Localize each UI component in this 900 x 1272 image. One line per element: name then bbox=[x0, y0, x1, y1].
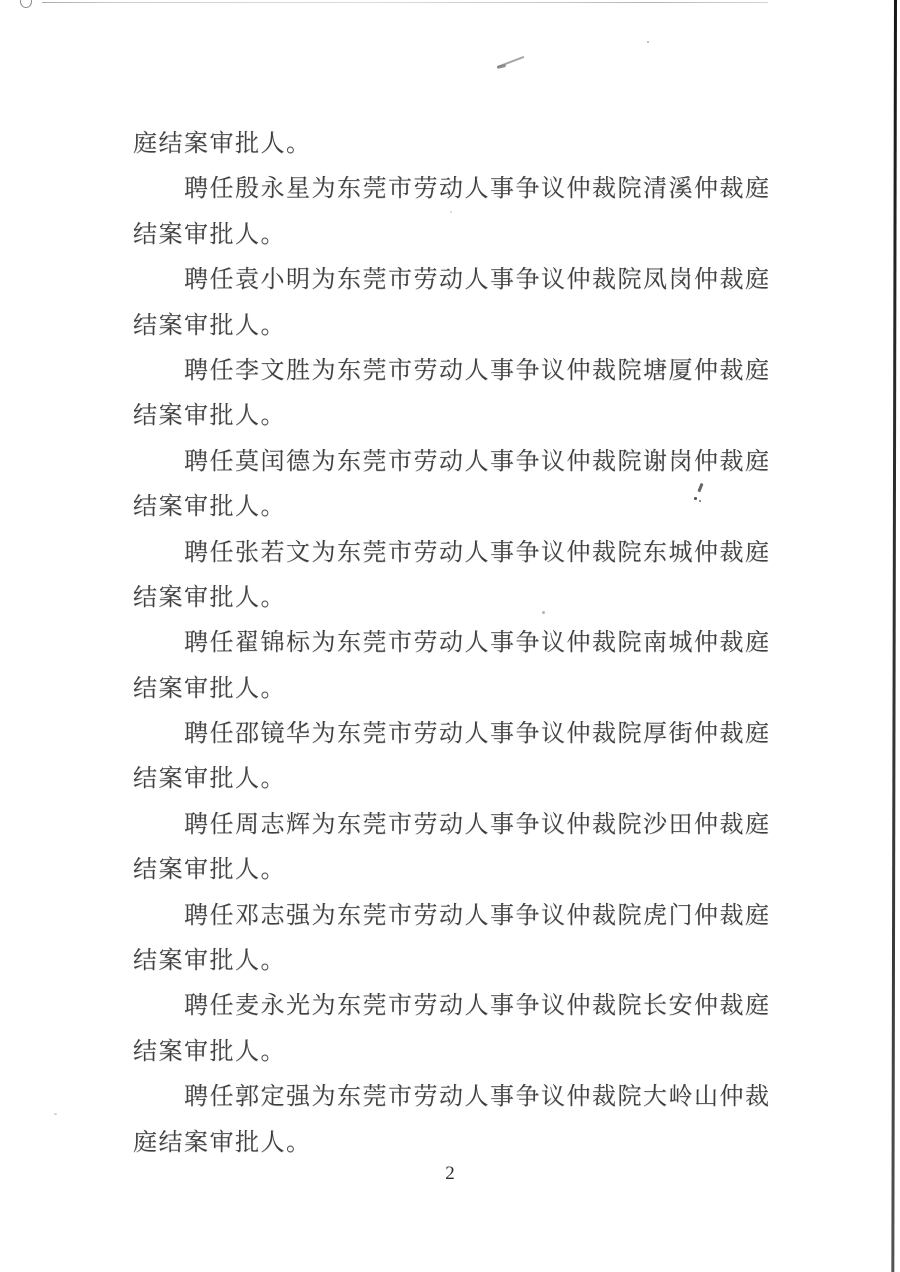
scan-top-edge-line bbox=[42, 2, 768, 3]
paragraph: 聘任张若文为东莞市劳动人事争议仲裁院东城仲裁庭结案审批人。 bbox=[133, 531, 779, 622]
document-line: 庭结案审批人。 bbox=[133, 1121, 779, 1166]
document-line: 结案审批人。 bbox=[133, 485, 779, 530]
document-line: 聘任麦永光为东莞市劳动人事争议仲裁院长安仲裁庭 bbox=[133, 984, 779, 1029]
document-line: 庭结案审批人。 bbox=[133, 122, 779, 167]
document-line: 聘任邓志强为东莞市劳动人事争议仲裁院虎门仲裁庭 bbox=[133, 894, 779, 939]
document-line: 结案审批人。 bbox=[133, 304, 779, 349]
paragraph: 聘任邵镜华为东莞市劳动人事争议仲裁院厚街仲裁庭结案审批人。 bbox=[133, 712, 779, 803]
paragraph: 聘任邓志强为东莞市劳动人事争议仲裁院虎门仲裁庭结案审批人。 bbox=[133, 894, 779, 985]
paragraph: 聘任翟锦标为东莞市劳动人事争议仲裁院南城仲裁庭结案审批人。 bbox=[133, 621, 779, 712]
scanned-document-page: 庭结案审批人。聘任殷永星为东莞市劳动人事争议仲裁院清溪仲裁庭结案审批人。聘任袁小… bbox=[0, 0, 900, 1272]
document-line: 结案审批人。 bbox=[133, 1030, 779, 1075]
paragraph: 庭结案审批人。 bbox=[133, 122, 779, 167]
paragraph: 聘任郭定强为东莞市劳动人事争议仲裁院大岭山仲裁庭结案审批人。 bbox=[133, 1075, 779, 1166]
document-line: 聘任殷永星为东莞市劳动人事争议仲裁院清溪仲裁庭 bbox=[133, 167, 779, 212]
document-line: 结案审批人。 bbox=[133, 213, 779, 258]
document-line: 结案审批人。 bbox=[133, 667, 779, 712]
paragraph: 聘任周志辉为东莞市劳动人事争议仲裁院沙田仲裁庭结案审批人。 bbox=[133, 803, 779, 894]
scan-right-edge-line bbox=[891, 0, 897, 1272]
document-line: 聘任翟锦标为东莞市劳动人事争议仲裁院南城仲裁庭 bbox=[133, 621, 779, 666]
document-body: 庭结案审批人。聘任殷永星为东莞市劳动人事争议仲裁院清溪仲裁庭结案审批人。聘任袁小… bbox=[133, 122, 779, 1166]
scan-corner-ring-mark bbox=[20, 0, 32, 8]
document-line: 结案审批人。 bbox=[133, 939, 779, 984]
scan-speck bbox=[54, 1113, 57, 1115]
document-line: 聘任袁小明为东莞市劳动人事争议仲裁院凤岗仲裁庭 bbox=[133, 258, 779, 303]
paragraph: 聘任莫闰德为东莞市劳动人事争议仲裁院谢岗仲裁庭结案审批人。 bbox=[133, 440, 779, 531]
paragraph: 聘任麦永光为东莞市劳动人事争议仲裁院长安仲裁庭结案审批人。 bbox=[133, 984, 779, 1075]
document-line: 聘任张若文为东莞市劳动人事争议仲裁院东城仲裁庭 bbox=[133, 531, 779, 576]
document-line: 聘任邵镜华为东莞市劳动人事争议仲裁院厚街仲裁庭 bbox=[133, 712, 779, 757]
document-line: 聘任郭定强为东莞市劳动人事争议仲裁院大岭山仲裁 bbox=[133, 1075, 779, 1120]
paragraph: 聘任袁小明为东莞市劳动人事争议仲裁院凤岗仲裁庭结案审批人。 bbox=[133, 258, 779, 349]
document-line: 结案审批人。 bbox=[133, 757, 779, 802]
document-line: 结案审批人。 bbox=[133, 394, 779, 439]
scan-speck bbox=[647, 41, 649, 43]
document-line: 结案审批人。 bbox=[133, 848, 779, 893]
document-line: 聘任周志辉为东莞市劳动人事争议仲裁院沙田仲裁庭 bbox=[133, 803, 779, 848]
document-line: 聘任莫闰德为东莞市劳动人事争议仲裁院谢岗仲裁庭 bbox=[133, 440, 779, 485]
page-number: 2 bbox=[0, 1163, 900, 1185]
document-line: 聘任李文胜为东莞市劳动人事争议仲裁院塘厦仲裁庭 bbox=[133, 349, 779, 394]
paragraph: 聘任李文胜为东莞市劳动人事争议仲裁院塘厦仲裁庭结案审批人。 bbox=[133, 349, 779, 440]
document-line: 结案审批人。 bbox=[133, 576, 779, 621]
pen-slash-mark-blob bbox=[497, 64, 506, 69]
paragraph: 聘任殷永星为东莞市劳动人事争议仲裁院清溪仲裁庭结案审批人。 bbox=[133, 167, 779, 258]
